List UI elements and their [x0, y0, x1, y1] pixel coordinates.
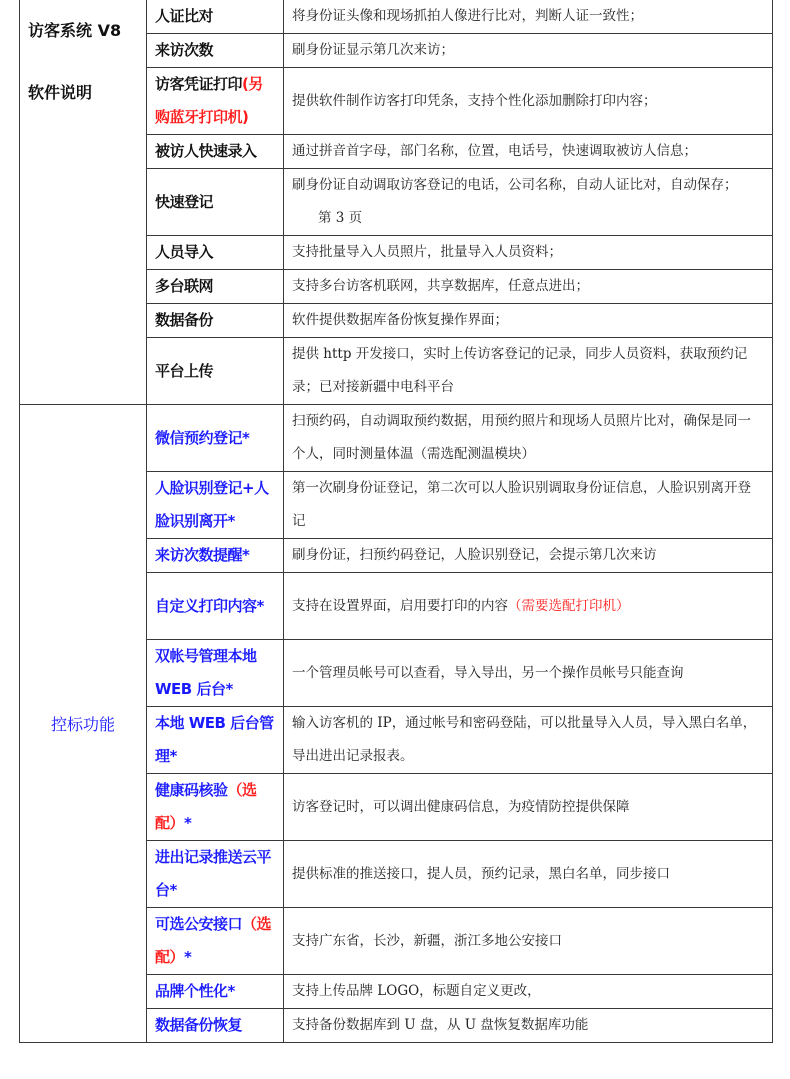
- feature-desc: 支持批量导入人员照片，批量导入人员资料；: [284, 236, 773, 270]
- feature-desc: 通过拼音首字母，部门名称，位置，电话号，快速调取被访人信息；: [284, 135, 773, 169]
- product-title: 访客系统 V8: [28, 21, 121, 40]
- feature-desc: 扫预约码，自动调取预约数据，用预约照片和现场人员照片比对，确保是同一个人，同时测…: [284, 405, 773, 472]
- feature-name: 微信预约登记*: [147, 405, 284, 472]
- page-number: 第 3 页: [318, 210, 362, 226]
- table-row: 访客系统 V8 软件说明 人证比对 将身份证头像和现场抓拍人像进行比对，判断人证…: [20, 0, 773, 34]
- feature-desc: 提供标准的推送接口，提人员，预约记录，黑白名单，同步接口: [284, 841, 773, 908]
- feature-name: 人员导入: [147, 236, 284, 270]
- feature-desc: 输入访客机的 IP，通过帐号和密码登陆，可以批量导入人员，导入黑白名单，导出进出…: [284, 707, 773, 774]
- feature-name: 快速登记: [147, 169, 284, 236]
- feature-desc: 刷身份证自动调取访客登记的电话，公司名称，自动人证比对，自动保存；第 3 页: [284, 169, 773, 236]
- feature-desc: 访客登记时，可以调出健康码信息，为疫情防控提供保障: [284, 774, 773, 841]
- feature-name: 多台联网: [147, 270, 284, 304]
- feature-name: 双帐号管理本地WEB 后台*: [147, 640, 284, 707]
- feature-desc: 刷身份证，扫预约码登记，人脸识别登记，会提示第几次来访: [284, 539, 773, 573]
- section-subtitle: 软件说明: [28, 83, 92, 102]
- feature-desc: 支持在设置界面，启用要打印的内容（需要选配打印机）: [284, 573, 773, 640]
- feature-desc: 软件提供数据库备份恢复操作界面；: [284, 304, 773, 338]
- feature-name: 人脸识别登记+人脸识别离开*: [147, 472, 284, 539]
- feature-label: 访客凭证打印: [155, 75, 242, 93]
- feature-desc: 支持上传品牌 LOGO，标题自定义更改，: [284, 975, 773, 1009]
- feature-name: 健康码核验（选配）*: [147, 774, 284, 841]
- feature-name: 数据备份: [147, 304, 284, 338]
- feature-name: 人证比对: [147, 0, 284, 34]
- feature-asterisk: *: [184, 814, 191, 832]
- feature-name: 自定义打印内容*: [147, 573, 284, 640]
- feature-label: 可选公安接口: [155, 915, 242, 933]
- feature-name: 本地 WEB 后台管理*: [147, 707, 284, 774]
- feature-desc-note-red: （需要选配打印机）: [508, 598, 630, 614]
- feature-label: 健康码核验: [155, 781, 228, 799]
- feature-desc-text: 刷身份证自动调取访客登记的电话，公司名称，自动人证比对，自动保存；: [292, 177, 738, 193]
- feature-name: 进出记录推送云平台*: [147, 841, 284, 908]
- feature-desc: 提供软件制作访客打印凭条，支持个性化添加删除打印内容；: [284, 68, 773, 135]
- feature-name: 访客凭证打印(另购蓝牙打印机): [147, 68, 284, 135]
- feature-desc: 支持备份数据库到 U 盘，从 U 盘恢复数据库功能: [284, 1009, 773, 1043]
- feature-desc: 刷身份证显示第几次来访；: [284, 34, 773, 68]
- feature-name: 品牌个性化*: [147, 975, 284, 1009]
- feature-name: 可选公安接口（选配）*: [147, 908, 284, 975]
- feature-desc: 第一次刷身份证登记，第二次可以人脸识别调取身份证信息，人脸识别离开登记: [284, 472, 773, 539]
- feature-name: 来访次数: [147, 34, 284, 68]
- feature-desc: 一个管理员帐号可以查看，导入导出，另一个操作员帐号只能查询: [284, 640, 773, 707]
- feature-desc: 支持广东省，长沙，新疆，浙江多地公安接口: [284, 908, 773, 975]
- table-row: 控标功能 微信预约登记* 扫预约码，自动调取预约数据，用预约照片和现场人员照片比…: [20, 405, 773, 472]
- feature-asterisk: *: [184, 948, 191, 966]
- section-title-bid: 控标功能: [20, 405, 147, 1043]
- feature-name: 被访人快速录入: [147, 135, 284, 169]
- feature-desc: 提供 http 开发接口，实时上传访客登记的记录，同步人员资料，获取预约记录；已…: [284, 338, 773, 405]
- feature-name: 来访次数提醒*: [147, 539, 284, 573]
- section-title-main: 访客系统 V8 软件说明: [20, 0, 147, 405]
- feature-name: 平台上传: [147, 338, 284, 405]
- spec-table: 访客系统 V8 软件说明 人证比对 将身份证头像和现场抓拍人像进行比对，判断人证…: [19, 0, 773, 1043]
- feature-name: 数据备份恢复: [147, 1009, 284, 1043]
- feature-desc: 将身份证头像和现场抓拍人像进行比对，判断人证一致性；: [284, 0, 773, 34]
- feature-desc: 支持多台访客机联网，共享数据库，任意点进出；: [284, 270, 773, 304]
- feature-desc-text: 支持在设置界面，启用要打印的内容: [292, 598, 508, 614]
